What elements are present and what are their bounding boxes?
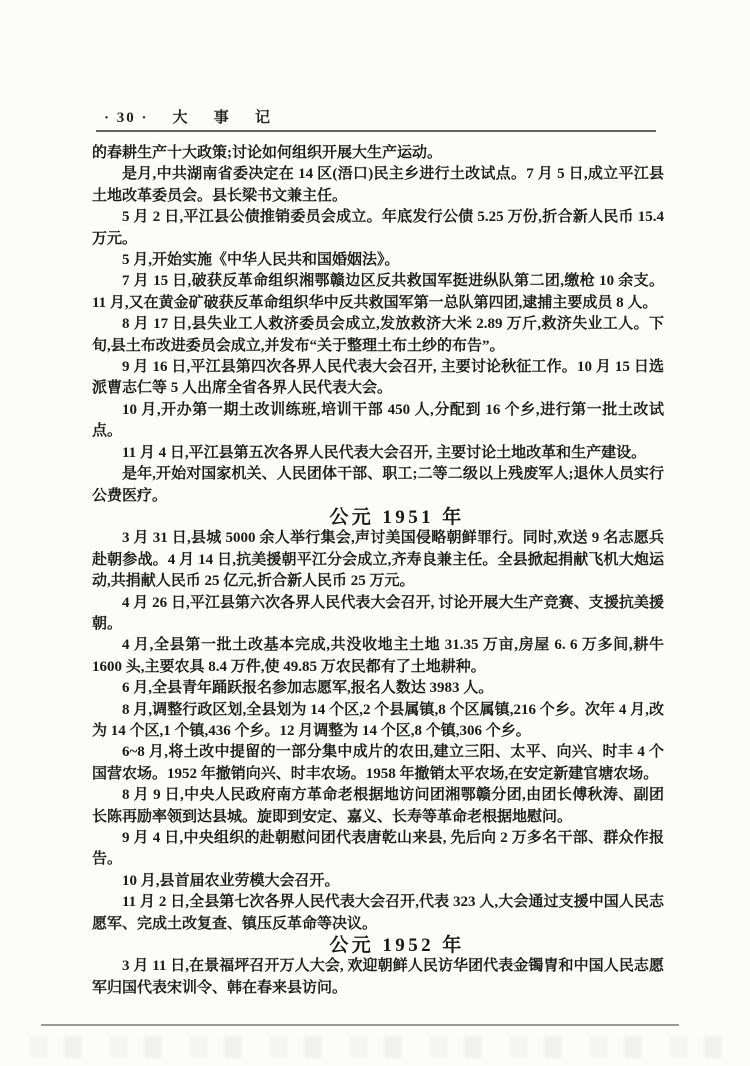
section-heading-1952: 公元 1952 年 <box>92 935 664 956</box>
section-heading-1951: 公元 1951 年 <box>92 507 664 528</box>
paragraph: 11 月 2 日,全县第七次各界人民代表大会召开,代表 323 人,大会通过支援… <box>92 892 664 935</box>
page-number: · 30 · <box>104 110 149 127</box>
paragraph: 8 月 9 日,中央人民政府南方革命老根据地访问团湘鄂赣分团,由团长傅秋涛、副团… <box>92 785 664 828</box>
paragraph: 6 月,全县青年踊跃报名参加志愿军,报名人数达 3983 人。 <box>92 678 664 699</box>
chapter-title: 大 事 记 <box>173 106 282 127</box>
paragraph: 是年,开始对国家机关、人民团体干部、职工;二等二级以上残废军人;退休人员实行公费… <box>92 464 664 507</box>
body-text: 的春耕生产十大政策;讨论如何组织开展大生产运动。 是月,中共湖南省委决定在 14… <box>92 143 664 999</box>
paragraph: 9 月 16 日,平江县第四次各界人民代表大会召开, 主要讨论秋征工作。10 月… <box>92 357 664 400</box>
paragraph: 5 月 2 日,平江县公债推销委员会成立。年底发行公债 5.25 万份,折合新人… <box>92 207 664 250</box>
paragraph: 8 月 17 日,县失业工人救济委员会成立,发放救济大米 2.89 万斤,救济失… <box>92 314 664 357</box>
paragraph: 6~8 月,将土改中提留的一部分集中成片的农田,建立三阳、太平、向兴、时丰 4 … <box>92 742 664 785</box>
paragraph: 9 月 4 日,中央组织的赴朝慰问团代表唐乾山来县, 先后向 2 万多名干部、群… <box>92 828 664 871</box>
paragraph: 7 月 15 日,破获反革命组织湘鄂赣边区反共救国军挺进纵队第二团,缴枪 10 … <box>92 271 664 314</box>
paragraph: 4 月,全县第一批土改基本完成,共没收地主土地 31.35 万亩,房屋 6. 6… <box>92 635 664 678</box>
bottom-rule <box>41 1024 679 1026</box>
paragraph: 11 月 4 日,平江县第五次各界人民代表大会召开, 主要讨论土地改革和生产建设… <box>92 443 664 464</box>
paragraph: 5 月,开始实施《中华人民共和国婚姻法》。 <box>92 250 664 271</box>
header-rule <box>96 130 656 132</box>
running-header: · 30 · 大 事 记 <box>104 106 281 127</box>
paragraph: 10 月,开办第一期土改训练班,培训干部 450 人,分配到 16 个乡,进行第… <box>92 400 664 443</box>
paragraph: 3 月 11 日,在景福坪召开万人大会, 欢迎朝鲜人民访华团代表金镯冑和中国人民… <box>92 956 664 999</box>
paragraph: 10 月,县首届农业劳模大会召开。 <box>92 871 664 892</box>
paragraph: 的春耕生产十大政策;讨论如何组织开展大生产运动。 <box>92 143 664 164</box>
paragraph: 3 月 31 日,县城 5000 余人举行集会,声讨美国侵略朝鲜罪行。同时,欢送… <box>92 528 664 592</box>
paragraph: 8 月,调整行政区划,全县划为 14 个区,2 个县属镇,8 个区属镇,216 … <box>92 700 664 743</box>
paragraph: 是月,中共湖南省委决定在 14 区(浯口)民主乡进行土改试点。7 月 5 日,成… <box>92 164 664 207</box>
scanned-book-page: · 30 · 大 事 记 的春耕生产十大政策;讨论如何组织开展大生产运动。 是月… <box>0 0 750 1066</box>
scan-artifact <box>30 1036 730 1058</box>
paragraph: 4 月 26 日,平江县第六次各界人民代表大会召开, 讨论开展大生产竞赛、支援抗… <box>92 593 664 636</box>
